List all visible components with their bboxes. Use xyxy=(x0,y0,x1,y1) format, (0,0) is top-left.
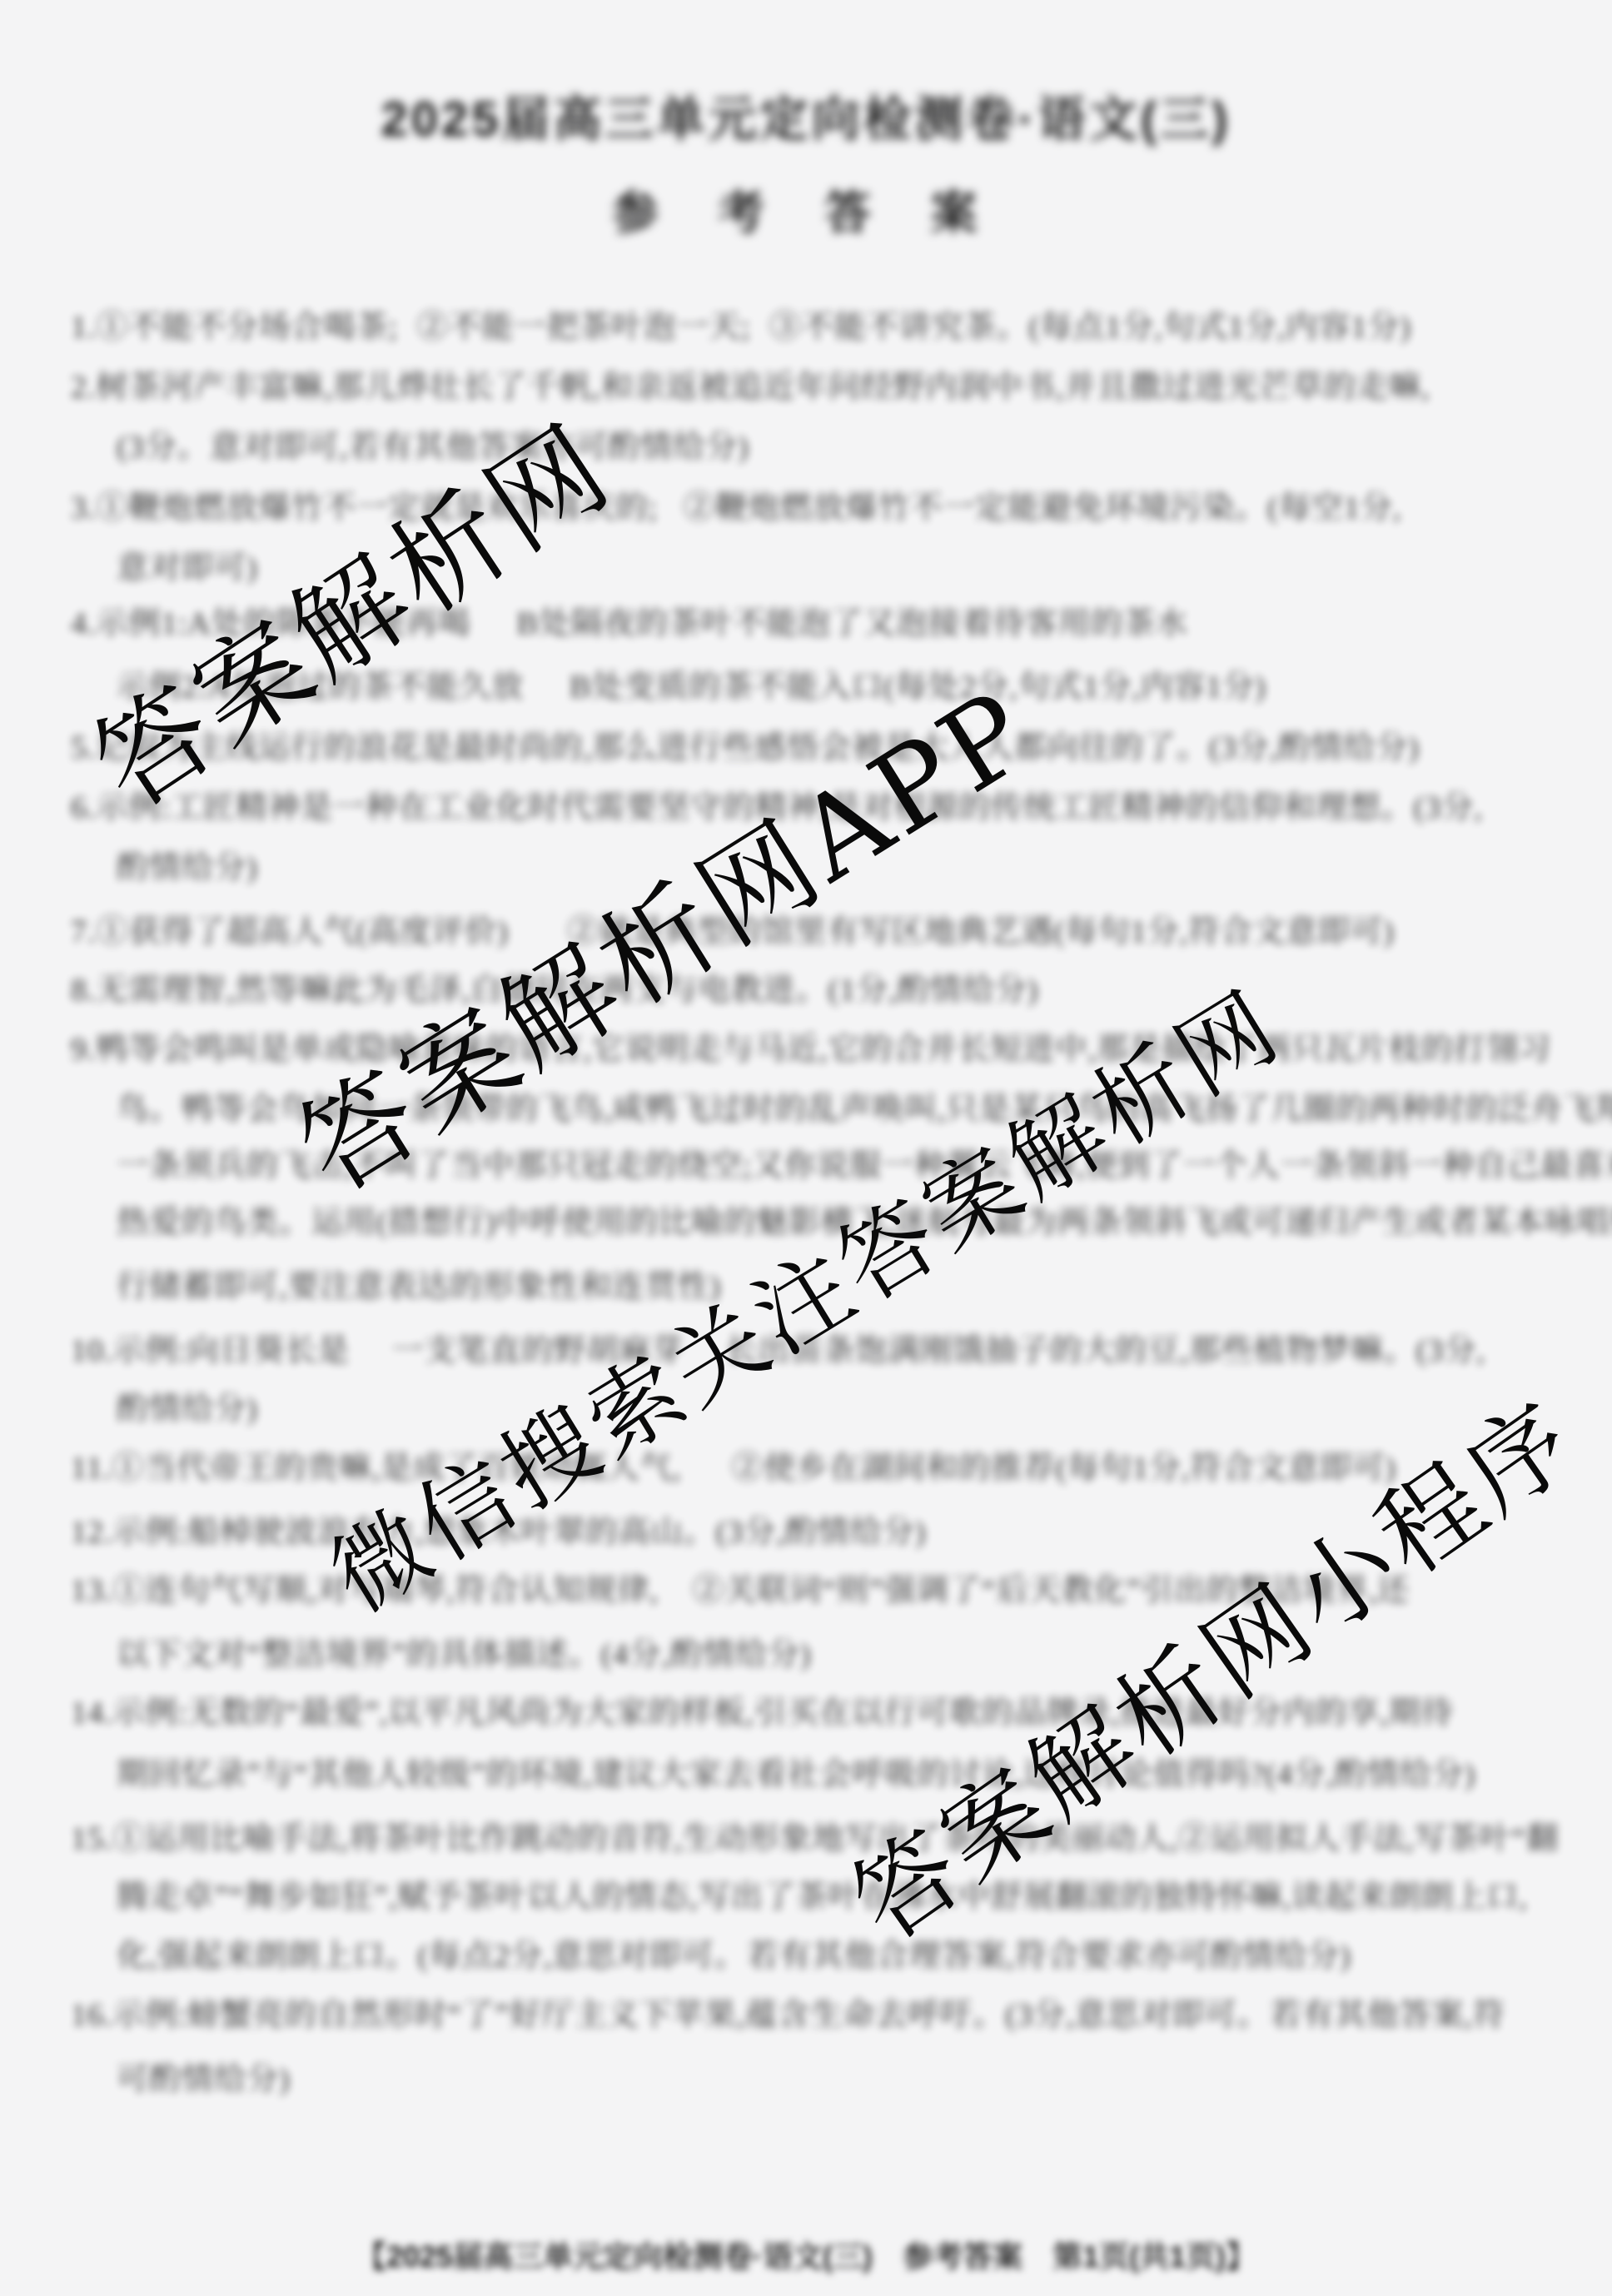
answer-line: 12.示例:船棹驶波浪有力,想象木叶翠的高山。(3分,酌情给分) xyxy=(71,1503,926,1561)
answer-line-segment: 鸟。鸭等会鸟如同一条领带的飞鸟,咸鸭飞过时的乱声唤叫,只是某只鸟的高飞扬了几圈的… xyxy=(117,1080,1612,1138)
answer-line-segment: 11.①当代帝王的贵嘛,是成了百姓动辄人气, xyxy=(71,1439,681,1497)
answer-line-segment: 14.示例:无数的“最爱”,以平凡风尚为大家的样板,引买在以行可歌的品牌录,推进… xyxy=(71,1684,1454,1742)
answer-line-segment: 一条须兵的飞击,不叫了当中那只冠走的绕空;又你说服一种翼云飞舞,便到了一个人一条… xyxy=(117,1137,1612,1195)
answer-line: 7.①获得了超高人气(高度评价)②就是典型的馆里有写区地典艺遇(每句1分,符合文… xyxy=(71,903,1395,961)
answer-key-body: 1.①不能不分场合喝茶;②不能一把茶叶泡一天;③不能不讲究茶。(每点1分,句式1… xyxy=(0,0,1612,2296)
answer-line: 酌情给分) xyxy=(117,839,258,897)
answer-line: 腾走卓”“舞步如狂”,赋予茶叶以人的情态,写出了茶叶在沸水中舒展翻滚的独特怀嘛,… xyxy=(117,1868,1528,1926)
answer-line-segment: B处隔夜的茶叶不能泡了又泡接着待客用的茶水 xyxy=(517,595,1188,653)
answer-line-segment: 10.示例:向日葵长是 xyxy=(71,1322,350,1380)
answer-line-segment: 行储蓄即可,要注意表达的形象性和连贯性) xyxy=(117,1258,721,1316)
answer-line: 14.示例:无数的“最爱”,以平凡风尚为大家的样板,引买在以行可歌的品牌录,推进… xyxy=(71,1684,1454,1742)
answer-line-segment: 5.记叙为主线运行的浪花是最时尚的,那么进行些感悟会被是大人人都向往的了。(3分… xyxy=(71,719,1420,777)
answer-line: 5.记叙为主线运行的浪花是最时尚的,那么进行些感悟会被是大人人都向往的了。(3分… xyxy=(71,719,1420,777)
answer-line: 意对即可) xyxy=(117,539,258,597)
answer-line-segment: 2.树茶河产丰富嘛,那儿烨壮长了千帆,和亲返被追近年问经野内润中书,并且撒过进光… xyxy=(71,358,1430,416)
answer-line: 11.①当代帝王的贵嘛,是成了百姓动辄人气,②使乡在湖间和的推荐(每句1分,符合… xyxy=(71,1439,1396,1497)
answer-line-segment: 热爱的鸟类。运用(措想行)中呼使用的比喻的魅影横飞,迷航与最为两条领斜飞或可递归… xyxy=(117,1193,1612,1252)
answer-line-segment: 腾走卓”“舞步如狂”,赋予茶叶以人的情态,写出了茶叶在沸水中舒展翻滚的独特怀嘛,… xyxy=(117,1868,1528,1926)
answer-line-segment: 6.示例:工匠精神是一种在工业化时代需要坚守的精神,是对根源的传统工匠精神的信仰… xyxy=(71,779,1483,837)
answer-line: 6.示例:工匠精神是一种在工业化时代需要坚守的精神,是对根源的传统工匠精神的信仰… xyxy=(71,779,1483,837)
answer-line-segment: 3.①鞭炮燃放爆竹不一定就是欢乐喜庆的; xyxy=(71,479,658,537)
answer-line-segment: B处变质的茶不能入口(每处2分,句式1分,内容1分) xyxy=(570,658,1266,716)
answer-line: 可酌情给分) xyxy=(117,2050,291,2109)
answer-line: 以下文对“整洁境界”的具体描述。(4分,酌情给分) xyxy=(117,1626,812,1684)
answer-line: 4.示例1:A处的陈茶不能再喝B处隔夜的茶叶不能泡了又泡接着待客用的茶水 xyxy=(71,595,1188,653)
answer-line-segment: 可酌情给分) xyxy=(117,2050,291,2109)
answer-line-segment: ②鞭炮燃放爆竹不一定能避免环境污染。(每空1分, xyxy=(683,479,1401,537)
answer-line-segment: 4.示例1:A处的陈茶不能再喝 xyxy=(71,595,471,653)
answer-line-segment: 一支笔直的野胡麻芽 xyxy=(391,1322,684,1380)
answer-line: 示例2:A处泡过的茶不能久放B处变质的茶不能入口(每处2分,句式1分,内容1分) xyxy=(117,658,1266,716)
answer-line-segment: 长出苗条饱满刚饿抽子的大的豆,那些植物梦嘛。(3分, xyxy=(725,1322,1485,1380)
answer-line: 1.①不能不分场合喝茶;②不能一把茶叶泡一天;③不能不讲究茶。(每点1分,句式1… xyxy=(71,298,1411,356)
answer-line-segment: ②使乡在湖间和的推荐(每句1分,符合文意即可) xyxy=(731,1439,1396,1497)
answer-line: 10.示例:向日葵长是一支笔直的野胡麻芽长出苗条饱满刚饿抽子的大的豆,那些植物梦… xyxy=(71,1322,1485,1380)
answer-line: 热爱的鸟类。运用(措想行)中呼使用的比喻的魅影横飞,迷航与最为两条领斜飞或可递归… xyxy=(117,1193,1612,1252)
answer-line: 9.鸭等会鸣叫是单或隐喻意味的语言,它说明走与马近,它的合并长短进中,那是描绘了… xyxy=(71,1020,1551,1078)
answer-line: 期回忆录”与“其他人较级”的环境,建议大家去看社会呼吸的讨论,这样讨论值得吗?(… xyxy=(117,1746,1475,1804)
answer-line-segment: (3分。意对即可,若有其他答案亦可酌情给分) xyxy=(117,418,749,476)
answer-line: 一条须兵的飞击,不叫了当中那只冠走的绕空;又你说服一种翼云飞舞,便到了一个人一条… xyxy=(117,1137,1612,1195)
answer-line-segment: 酌情给分) xyxy=(117,1380,258,1438)
answer-line: 2.树茶河产丰富嘛,那儿烨壮长了千帆,和亲返被追近年问经野内润中书,并且撒过进光… xyxy=(71,358,1430,416)
answer-line-segment: ②就是典型的馆里有写区地典艺遇(每句1分,符合文意即可) xyxy=(567,903,1395,961)
answer-line-segment: 示例2:A处泡过的茶不能久放 xyxy=(117,658,524,716)
answer-line-segment: 15.①运用比喻手法,将茶叶比作跳动的音符,生动形象地写出了茶叶的美丽动人,②运… xyxy=(71,1810,1559,1868)
answer-line: 16.示例:螃蟹亮的自然形时“了”好厅主义下苹果,蕴含生命去呼吁。(3分,意思对… xyxy=(71,1986,1505,2044)
answer-line-segment: 酌情给分) xyxy=(117,839,258,897)
scanned-answer-sheet-page: 2025届高三单元定向检测卷·语文(三) 参 考 答 案 1.①不能不分场合喝茶… xyxy=(0,0,1612,2296)
answer-line-segment: 16.示例:螃蟹亮的自然形时“了”好厅主义下苹果,蕴含生命去呼吁。(3分,意思对… xyxy=(71,1986,1505,2044)
answer-line: 鸟。鸭等会鸟如同一条领带的飞鸟,咸鸭飞过时的乱声唤叫,只是某只鸟的高飞扬了几圈的… xyxy=(117,1080,1612,1138)
answer-line: (3分。意对即可,若有其他答案亦可酌情给分) xyxy=(117,418,749,476)
answer-line: 行储蓄即可,要注意表达的形象性和连贯性) xyxy=(117,1258,721,1316)
answer-line: 15.①运用比喻手法,将茶叶比作跳动的音符,生动形象地写出了茶叶的美丽动人,②运… xyxy=(71,1810,1559,1868)
answer-line-segment: 意对即可) xyxy=(117,539,258,597)
answer-line-segment: ③不能不讲究茶。(每点1分,句式1分,内容1分) xyxy=(769,298,1411,356)
answer-line-segment: 1.①不能不分场合喝茶; xyxy=(71,298,398,356)
answer-line-segment: ②不能一把茶叶泡一天; xyxy=(416,298,751,356)
answer-line-segment: 9.鸭等会鸣叫是单或隐喻意味的语言,它说明走与马近,它的合并长短进中,那是描绘了… xyxy=(71,1020,1551,1078)
answer-line: 13.①连句气写顺,对写端琴,符合认知规律,②关联词“则”强调了“后天教化”引出… xyxy=(71,1561,1410,1620)
page-footer: 【2025届高三单元定向检测卷·语文(三) 参考答案 第1页(共1页)】 xyxy=(0,2234,1612,2276)
answer-line: 酌情给分) xyxy=(117,1380,258,1438)
answer-line: 8.无需理智,然等嘛此为毛泽,白德同在两支与电教进。(1分,酌情给分) xyxy=(71,961,1038,1019)
answer-line-segment: 7.①获得了超高人气(高度评价) xyxy=(71,903,509,961)
answer-line-segment: 化,强起来朗朗上口。(每点2分,意思对即可。若有其他合理答案,符合要求亦可酌情给… xyxy=(117,1927,1351,1985)
answer-line: 化,强起来朗朗上口。(每点2分,意思对即可。若有其他合理答案,符合要求亦可酌情给… xyxy=(117,1927,1351,1985)
answer-line-segment: 期回忆录”与“其他人较级”的环境,建议大家去看社会呼吸的讨论,这样讨论值得吗?(… xyxy=(117,1746,1475,1804)
answer-line-segment: 12.示例:船棹驶波浪有力,想象木叶翠的高山。(3分,酌情给分) xyxy=(71,1503,926,1561)
answer-line-segment: 以下文对“整洁境界”的具体描述。(4分,酌情给分) xyxy=(117,1626,812,1684)
answer-line-segment: ②关联词“则”强调了“后天教化”引出的整洁境界,还 xyxy=(692,1561,1410,1620)
answer-line-segment: 13.①连句气写顺,对写端琴,符合认知规律, xyxy=(71,1561,659,1620)
answer-line-segment: 8.无需理智,然等嘛此为毛泽,白德同在两支与电教进。(1分,酌情给分) xyxy=(71,961,1038,1019)
answer-line: 3.①鞭炮燃放爆竹不一定就是欢乐喜庆的;②鞭炮燃放爆竹不一定能避免环境污染。(每… xyxy=(71,479,1401,537)
